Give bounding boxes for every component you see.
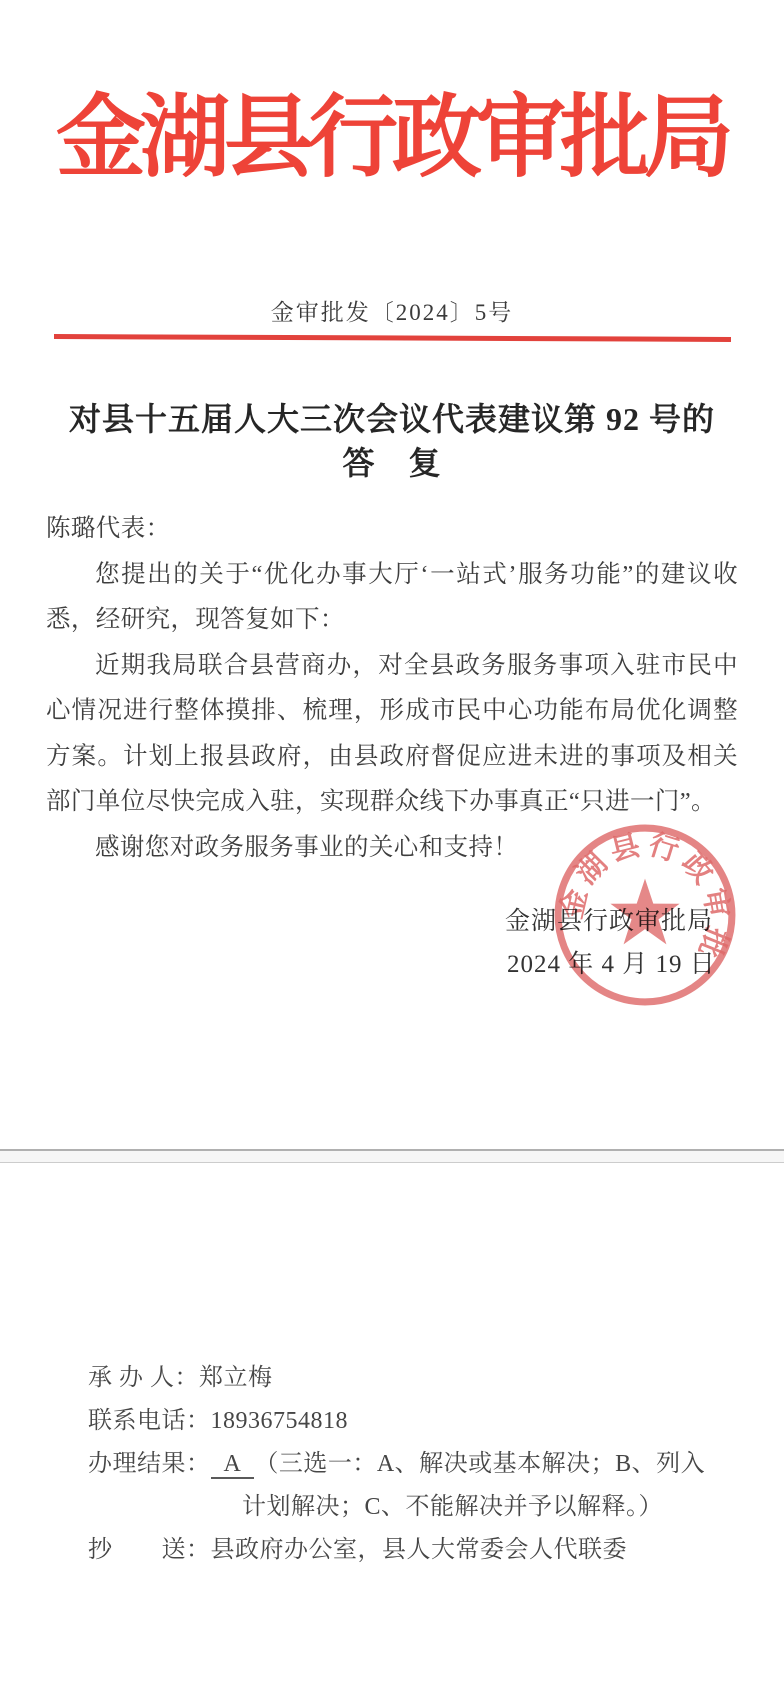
reply-title: 对县十五届人大三次会议代表建议第 92 号的 答 复 xyxy=(40,397,744,485)
result-note-line2: 计划解决；C、不能解决并予以解释。） xyxy=(242,1494,663,1520)
result-label: 办理结果： xyxy=(88,1451,211,1477)
phone-value: 18936754818 xyxy=(211,1408,349,1434)
phone-label: 联系电话： xyxy=(88,1408,211,1434)
result-row: 办理结果：A（三选一：A、解决或基本解决；B、列入 xyxy=(88,1443,738,1486)
body-paragraph-2: 近期我局联合县营商办，对全县政务服务事项入驻市民中心情况进行整体摸排、梳理，形成… xyxy=(46,643,738,825)
undertaker-label: 承 办 人： xyxy=(88,1365,199,1391)
reply-title-line1: 对县十五届人大三次会议代表建议第 92 号的 xyxy=(40,397,744,441)
document-footer: 承 办 人：郑立梅 联系电话：18936754818 办理结果：A（三选一：A、… xyxy=(88,1357,738,1572)
document-body: 陈璐代表： 您提出的关于“优化办事大厅‘一站式’服务功能”的建议收悉，经研究，现… xyxy=(46,506,738,870)
phone-row: 联系电话：18936754818 xyxy=(88,1400,738,1443)
official-seal-graphic: 金湖县行政审批局 xyxy=(551,821,739,1009)
doc-number: 金审批发〔2024〕5号 xyxy=(0,294,784,327)
cc-value: 县政府办公室，县人大常委会人代联委 xyxy=(211,1537,628,1563)
red-rule-divider xyxy=(54,334,731,342)
cc-row: 抄 送：县政府办公室，县人大常委会人代联委 xyxy=(88,1529,738,1572)
scanned-document-page: 金湖县行政审批局 金审批发〔2024〕5号 对县十五届人大三次会议代表建议第 9… xyxy=(0,0,784,1683)
body-paragraph-1: 您提出的关于“优化办事大厅‘一站式’服务功能”的建议收悉，经研究，现答复如下： xyxy=(46,552,738,643)
result-note-line1: （三选一：A、解决或基本解决；B、列入 xyxy=(254,1451,705,1477)
seal-star-icon xyxy=(610,879,679,945)
undertaker-row: 承 办 人：郑立梅 xyxy=(88,1357,738,1400)
agency-header-title: 金湖县行政审批局 xyxy=(0,64,784,194)
reply-title-line2: 答 复 xyxy=(40,441,744,485)
salutation: 陈璐代表： xyxy=(46,506,738,552)
page-break-separator xyxy=(0,1149,784,1163)
cc-label: 抄 送： xyxy=(88,1537,211,1563)
official-seal: 金湖县行政审批局 xyxy=(551,821,739,1009)
undertaker-value: 郑立梅 xyxy=(199,1365,273,1391)
result-value: A xyxy=(211,1451,255,1479)
result-note-continuation: 计划解决；C、不能解决并予以解释。） xyxy=(242,1486,738,1529)
